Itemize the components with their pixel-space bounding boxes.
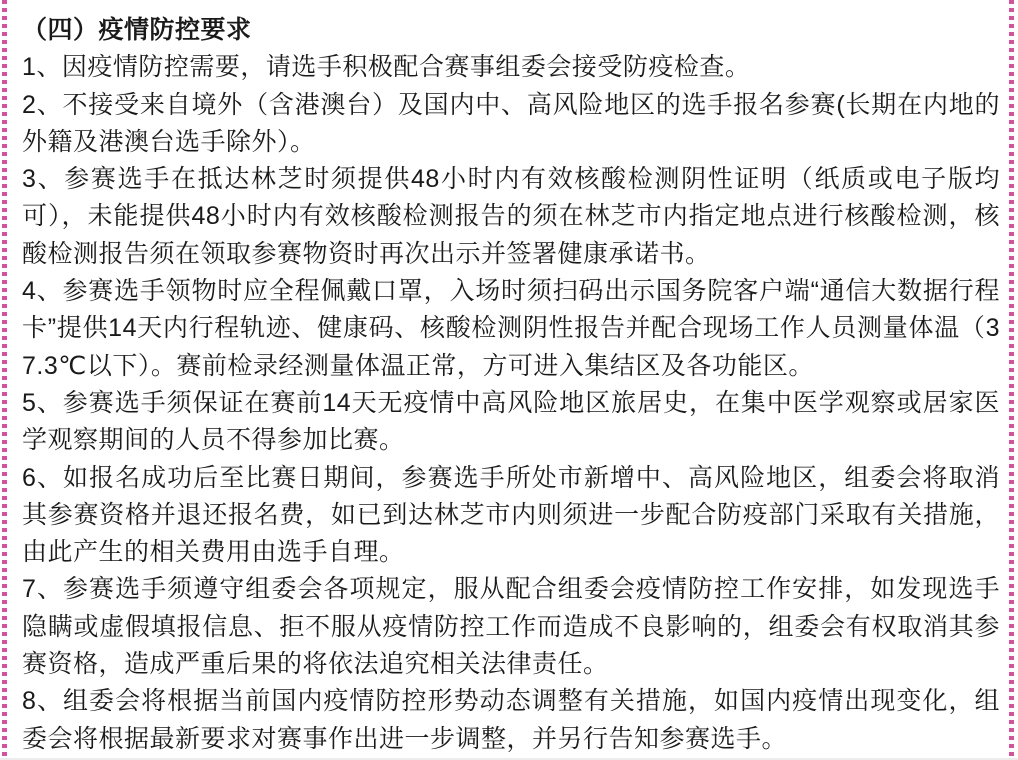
clause-4: 4、参赛选手领物时应全程佩戴口罩，入场时须扫码出示国务院客户端“通信大数据行程卡… [22, 273, 1000, 385]
clause-7: 7、参赛选手须遵守组委会各项规定，服从配合组委会疫情防控工作安排，如发现选手隐瞒… [22, 571, 1000, 683]
clause-1: 1、因疫情防控需要，请选手积极配合赛事组委会接受防疫检查。 [22, 49, 1000, 86]
section-heading: （四）疫情防控要求 [22, 12, 1000, 49]
clause-2: 2、不接受来自境外（含港澳台）及国内中、高风险地区的选手报名参赛(长期在内地的外… [22, 87, 1000, 162]
left-dotted-border [2, 0, 7, 760]
clause-5: 5、参赛选手须保证在赛前14天无疫情中高风险地区旅居史，在集中医学观察或居家医学… [22, 385, 1000, 460]
clause-8: 8、组委会将根据当前国内疫情防控形势动态调整有关措施，如国内疫情出现变化，组委会… [22, 683, 1000, 758]
right-dotted-border [1009, 0, 1014, 760]
document-body: （四）疫情防控要求 1、因疫情防控需要，请选手积极配合赛事组委会接受防疫检查。 … [22, 12, 1000, 758]
clause-3: 3、参赛选手在抵达林芝时须提供48小时内有效核酸检测阴性证明（纸质或电子版均可）… [22, 161, 1000, 273]
document-page: （四）疫情防控要求 1、因疫情防控需要，请选手积极配合赛事组委会接受防疫检查。 … [0, 0, 1018, 760]
clause-6: 6、如报名成功后至比赛日期间，参赛选手所处市新增中、高风险地区，组委会将取消其参… [22, 460, 1000, 572]
